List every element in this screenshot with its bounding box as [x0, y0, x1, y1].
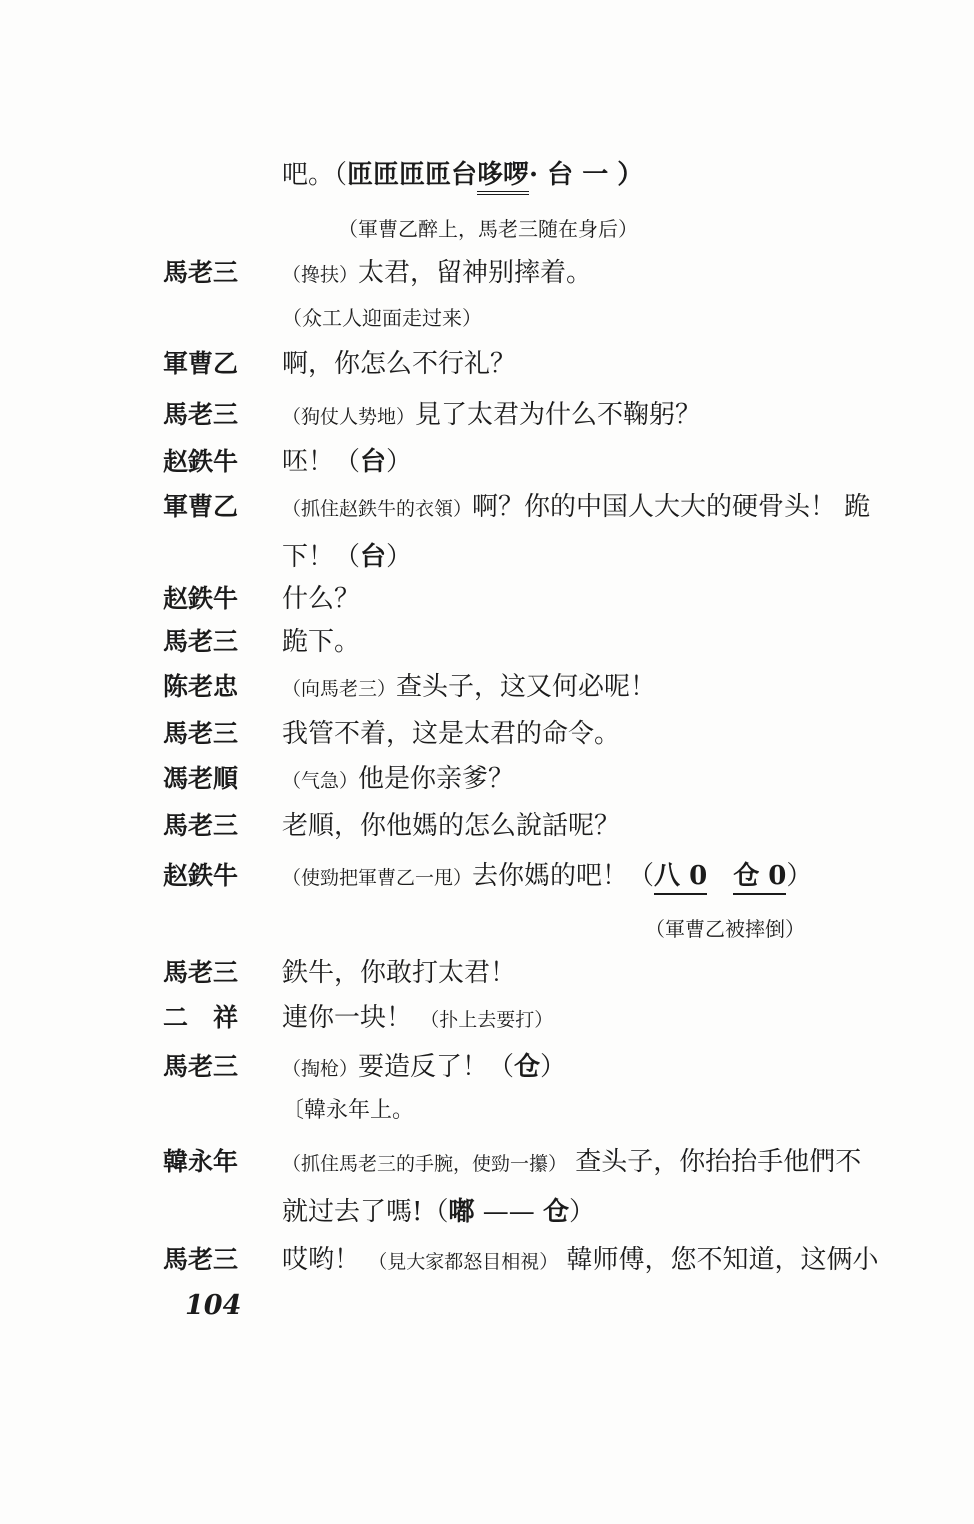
dialogue-text: 吧。（ [282, 160, 347, 190]
stage-direction-text: （軍曹乙被摔倒） [645, 917, 805, 941]
dialogue-row: 馬老三 （掏枪）要造反了！（仓） [0, 1050, 974, 1086]
dialogue-text: 我管不着，这是太君的命令。 [282, 719, 620, 749]
speaker-name: 陈老忠 [163, 670, 263, 704]
dialogue-row: 軍曹乙 （抓住赵鉄牛的衣領）啊？你的中国人大大的硬骨头！ 跪 下！（台） [0, 490, 974, 574]
dialogue-row: 韓永年 （抓住馬老三的手腕，使勁一攥） 查头子，你抬抬手他們不 就过去了嗎!（嘟… [0, 1145, 974, 1229]
stage-direction-inline: （气急） [282, 770, 358, 792]
dialogue-text: 連你一块！ [282, 1003, 412, 1033]
stage-direction-inline: （扑上去要打） [420, 1009, 553, 1031]
dialogue-text: —— [474, 1197, 543, 1227]
percussion-notation: · 台 一 ） [529, 160, 643, 190]
dialogue-text: ） [569, 1197, 595, 1227]
dialogue-row: 馬老三 我管不着，这是太君的命令。 [0, 717, 974, 751]
percussion-notation: 仓 [543, 1197, 569, 1227]
dialogue-text: ） [386, 542, 412, 572]
dialogue-row: 馬老三 （搀扶）太君，留神别摔着。 [0, 256, 974, 292]
dialogue-row: 馬老三 老順，你他媽的怎么說話呢？ [0, 809, 974, 843]
dialogue-text [707, 861, 733, 891]
dialogue-text: 鉄牛，你敢打太君！ [282, 958, 516, 988]
dialogue-text: ） [786, 861, 812, 891]
stage-direction-inline: （抓住赵鉄牛的衣領） [282, 498, 472, 520]
dialogue-text: 啊，你怎么不行礼？ [282, 349, 516, 379]
speaker-name: 馬老三 [163, 1050, 263, 1084]
dialogue-text: 老順，你他媽的怎么說話呢？ [282, 811, 620, 841]
percussion-notation: 仓 [514, 1052, 540, 1082]
speaker-name: 馬老三 [163, 256, 263, 290]
stage-direction-inline: （見大家都怒目相視） [368, 1251, 558, 1273]
dialogue-text: 跪下。 [282, 627, 360, 657]
dialogue-text: 啊？你的中国人大大的硬骨头！ 跪 [472, 492, 870, 522]
script-page: 吧。（匝匝匝匝台哆啰· 台 一 ） （軍曹乙醉上，馬老三随在身后） 馬老三 （搀… [0, 0, 974, 1524]
speaker-name: 馬老三 [163, 1243, 263, 1277]
percussion-notation-underlined: 哆啰 [477, 160, 529, 195]
dialogue-row: 馮老順 （气急）他是你亲爹？ [0, 762, 974, 798]
stage-direction-inline: （向馬老三） [282, 678, 396, 700]
dialogue-text: 見了太君为什么不鞠躬？ [415, 400, 701, 430]
stage-direction-inline: （抓住馬老三的手腕，使勁一攥） [282, 1153, 567, 1175]
stage-direction: （軍曹乙醉上，馬老三随在身后） [0, 216, 974, 242]
speaker-name: 馬老三 [163, 717, 263, 751]
speaker-name: 軍曹乙 [163, 347, 263, 381]
stage-direction-text: （众工人迎面走过来） [282, 306, 482, 330]
speaker-name: 馮老順 [163, 762, 263, 796]
speaker-name: 馬老三 [163, 809, 263, 843]
percussion-notation: 嘟 [448, 1197, 474, 1227]
stage-direction-inline: （狗仗人势地） [282, 406, 415, 428]
stage-direction-inline: （搀扶） [282, 264, 358, 286]
percussion-notation-underlined: 八 0 [654, 861, 707, 895]
script-content: 吧。（匝匝匝匝台哆啰· 台 一 ） （軍曹乙醉上，馬老三随在身后） 馬老三 （搀… [0, 158, 974, 1323]
dialogue-row: 馬老三 哎哟！ （見大家都怒目相視） 韓师傅，您不知道，这俩小 [0, 1243, 974, 1279]
stage-direction: （众工人迎面走过来） [0, 305, 974, 331]
dialogue-row: 赵鉄牛 呸！（台） [0, 445, 974, 479]
dialogue-text: 太君，留神别摔着。 [358, 258, 592, 288]
dialogue-text: 要造反了！（ [358, 1052, 514, 1082]
dialogue-row: 馬老三 跪下。 [0, 625, 974, 659]
speaker-name: 軍曹乙 [163, 490, 263, 524]
dialogue-row: 陈老忠 （向馬老三）查头子，这又何必呢！ [0, 670, 974, 706]
percussion-notation: 台 [360, 542, 386, 572]
dialogue-text: 查头子，这又何必呢！ [396, 672, 656, 702]
stage-direction-inline: （掏枪） [282, 1058, 358, 1080]
speaker-name: 赵鉄牛 [163, 445, 263, 479]
speaker-name: 韓永年 [163, 1145, 263, 1179]
dialogue-continuation-line: 吧。（匝匝匝匝台哆啰· 台 一 ） [0, 158, 974, 192]
dialogue-text: ） [386, 447, 412, 477]
percussion-notation: 匝匝匝匝台 [347, 160, 477, 190]
dialogue-row: 馬老三 鉄牛，你敢打太君！ [0, 956, 974, 990]
speaker-name: 二 祥 [163, 1001, 263, 1035]
stage-direction-text: 〔韓永年上。 [282, 1098, 414, 1123]
stage-direction-inline: （使勁把軍曹乙一甩） [282, 867, 472, 889]
stage-direction: （軍曹乙被摔倒） [0, 916, 974, 942]
dialogue-row: 二 祥 連你一块！ （扑上去要打） [0, 1001, 974, 1037]
speaker-name: 馬老三 [163, 398, 263, 432]
dialogue-text: 哎哟！ [282, 1245, 368, 1275]
speaker-name: 赵鉄牛 [163, 582, 263, 616]
dialogue-row: 赵鉄牛 （使勁把軍曹乙一甩）去你媽的吧！（八 0 仓 0） [0, 859, 974, 895]
stage-direction-text: （軍曹乙醉上，馬老三随在身后） [338, 217, 638, 241]
percussion-notation: 台 [360, 447, 386, 477]
speaker-name: 馬老三 [163, 625, 263, 659]
dialogue-text: 下！（ [282, 542, 360, 572]
dialogue-row: 馬老三 （狗仗人势地）見了太君为什么不鞠躬？ [0, 398, 974, 434]
stage-direction: 〔韓永年上。 [0, 1097, 974, 1125]
speaker-name: 馬老三 [163, 956, 263, 990]
dialogue-text: 韓师傅，您不知道，这俩小 [558, 1245, 878, 1275]
dialogue-text: 查头子，你抬抬手他們不 [567, 1147, 861, 1177]
dialogue-text: 就过去了嗎!（ [282, 1197, 448, 1227]
page-number: 104 [185, 1289, 974, 1323]
dialogue-text: 他是你亲爹？ [358, 764, 514, 794]
percussion-notation-underlined: 仓 0 [733, 861, 786, 895]
dialogue-text: 去你媽的吧！（ [472, 861, 654, 891]
dialogue-text: 呸！（ [282, 447, 360, 477]
dialogue-text: ） [540, 1052, 566, 1082]
dialogue-row: 軍曹乙 啊，你怎么不行礼？ [0, 347, 974, 381]
dialogue-text: 什么？ [282, 584, 360, 614]
dialogue-row: 赵鉄牛 什么？ [0, 582, 974, 616]
speaker-name: 赵鉄牛 [163, 859, 263, 893]
